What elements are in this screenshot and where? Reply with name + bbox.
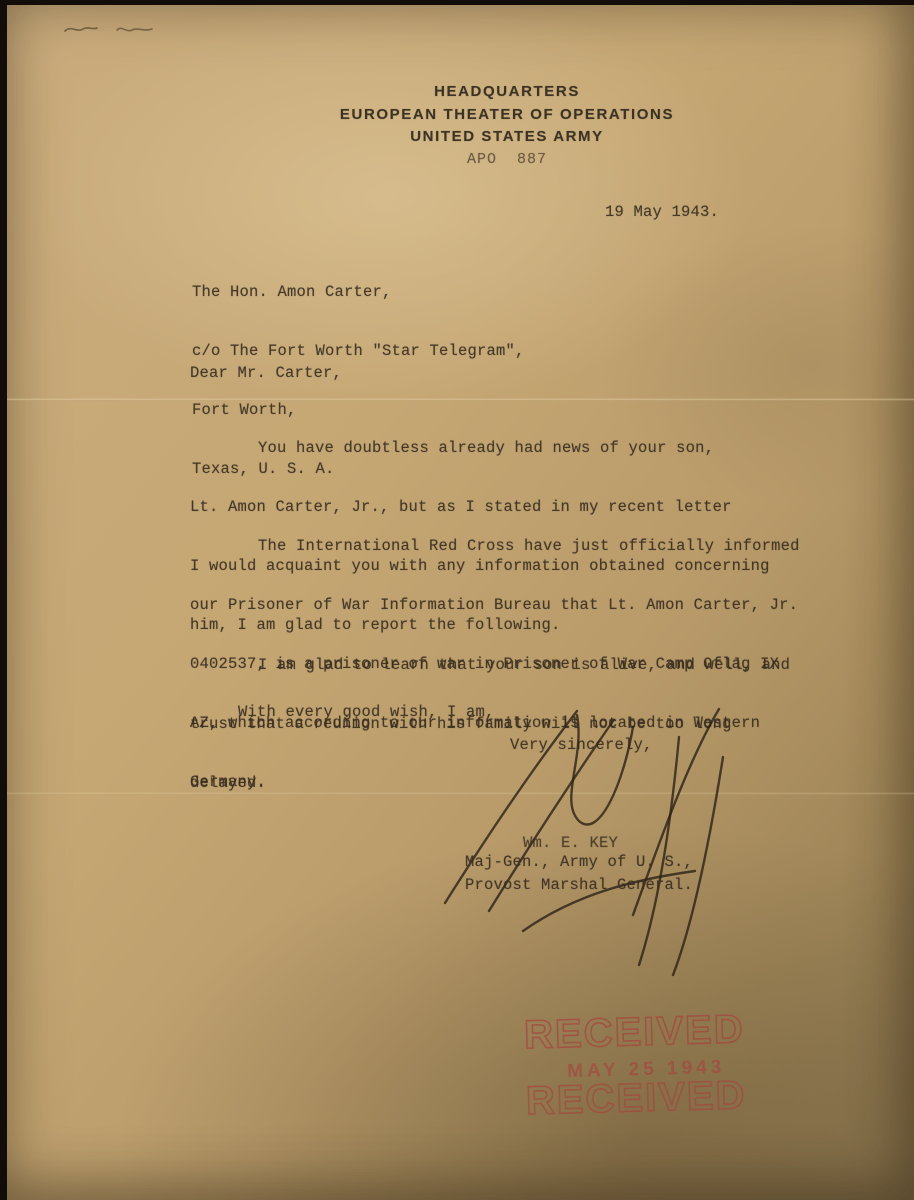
letterhead: HEADQUARTERS EUROPEAN THEATER OF OPERATI… (157, 81, 857, 149)
letterhead-apo: APO 887 (157, 151, 857, 168)
letterhead-line3: UNITED STATES ARMY (157, 126, 857, 149)
received-stamp: RECEIVED RECEIVED MAY 25 1943 (521, 1002, 764, 1125)
signature-name: Wm. E. KEY (523, 834, 618, 852)
letter-page: HEADQUARTERS EUROPEAN THEATER OF OPERATI… (7, 5, 914, 1200)
recipient-line1: The Hon. Amon Carter, (192, 281, 525, 304)
signature-title: Provost Marshal General. (465, 876, 693, 894)
salutation: Dear Mr. Carter, (190, 364, 342, 382)
p3-line1: I am glad to learn that your son is aliv… (190, 654, 790, 677)
stamp-word-top: RECEIVED (524, 1007, 746, 1057)
signature-rank: Maj-Gen., Army of U. S., (465, 853, 693, 871)
letterhead-line2: EUROPEAN THEATER OF OPERATIONS (157, 104, 857, 127)
p2-line2: our Prisoner of War Information Bureau t… (190, 594, 800, 617)
p2-line1: The International Red Cross have just of… (190, 535, 800, 558)
date-line: 19 May 1943. (605, 203, 719, 221)
p1-line1: You have doubtless already had news of y… (190, 437, 770, 460)
stamp-word-bottom: RECEIVED (525, 1073, 747, 1123)
letterhead-line1: HEADQUARTERS (157, 81, 857, 104)
pencil-scribble (59, 13, 169, 43)
stamp-date: MAY 25 1943 (567, 1057, 726, 1082)
recipient-line2: c/o The Fort Worth "Star Telegram", (192, 340, 525, 363)
